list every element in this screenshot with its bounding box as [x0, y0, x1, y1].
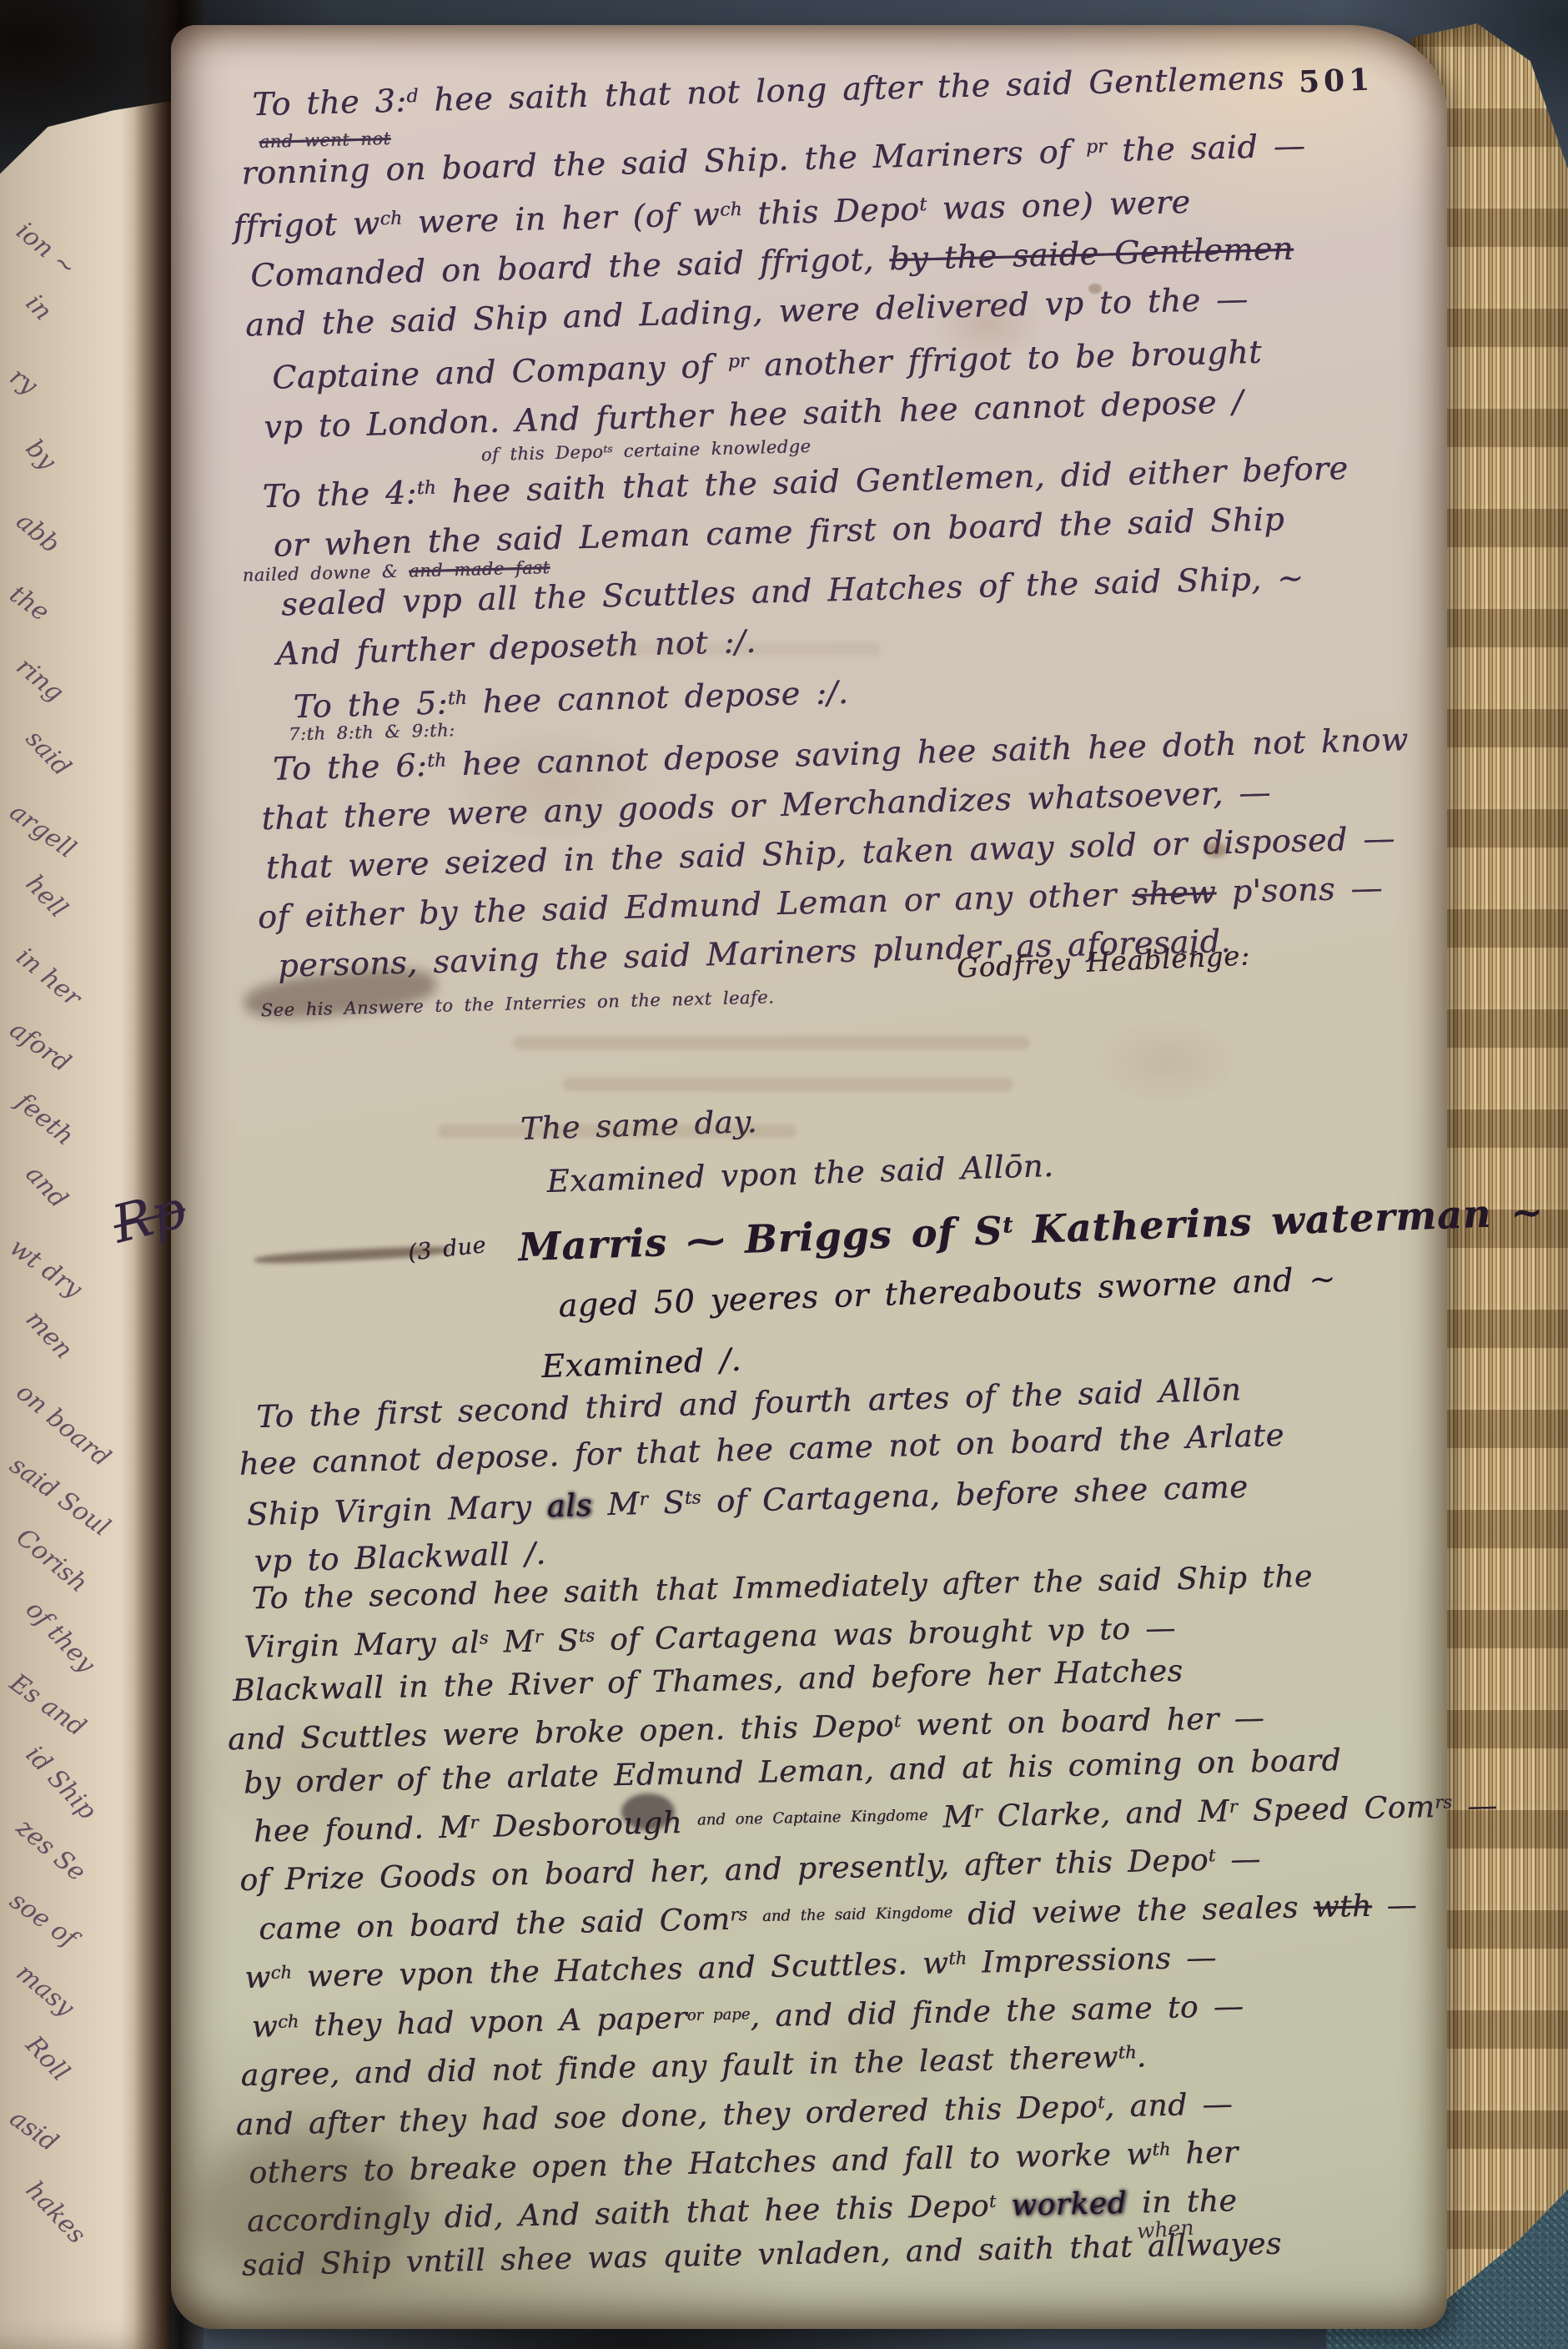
- handwritten-text: w: [244, 1961, 271, 1996]
- superscript-abbreviation: th: [427, 751, 447, 772]
- superscript-abbreviation: ch: [720, 199, 742, 221]
- handwritten-text: they had vpon A paper: [299, 2001, 687, 2044]
- struck-through-text: shew: [1132, 874, 1217, 913]
- interlined-insertion: and the said Kingdome: [762, 1904, 953, 1925]
- superscript-abbreviation: pr: [1086, 137, 1107, 158]
- handwritten-text: .: [1136, 2040, 1147, 2074]
- handwritten-text: the said —: [1106, 127, 1306, 169]
- handwritten-text: of Cartagena, before shee came: [701, 1469, 1249, 1520]
- ink-blotted-word: als: [546, 1487, 593, 1525]
- handwritten-text: came on board the said Com: [259, 1903, 731, 1947]
- handwritten-text: p'sons —: [1216, 869, 1384, 910]
- handwritten-text: Examined vpon the said Allōn.: [546, 1148, 1054, 1200]
- superscript-abbreviation: th: [1152, 2139, 1170, 2159]
- handwritten-text: , and —: [1104, 2087, 1233, 2124]
- answer-second-article-block: To the second hee saith that Immediately…: [224, 1552, 1507, 2287]
- handwritten-text: nailed downe &: [242, 561, 409, 586]
- handwritten-text: Clarke, and M: [982, 1794, 1229, 1833]
- handwritten-text: Captaine and Company of: [272, 348, 729, 396]
- handwritten-text: Desborough: [478, 1806, 697, 1844]
- handwritten-text: —: [1371, 1888, 1417, 1923]
- superscript-abbreviation: rs: [730, 1904, 747, 1924]
- handwritten-text: Virgin Mary al: [244, 1626, 480, 1665]
- ink-showthrough: [513, 1036, 1030, 1049]
- handwritten-text: Katherins waterman ~: [1013, 1189, 1545, 1252]
- handwritten-text: her: [1170, 2135, 1239, 2171]
- deposition-continuation-block: To the 3:d hee saith that not long after…: [229, 45, 1455, 1023]
- handwritten-text: of Cartagena was brought vp to —: [595, 1612, 1177, 1658]
- superscript-abbreviation: th: [447, 688, 467, 710]
- interlined-insertion: or pape: [686, 2005, 750, 2025]
- handwritten-text: S: [542, 1624, 579, 1659]
- handwritten-text: [996, 2189, 1012, 2223]
- struck-through-text: and made fast: [409, 557, 550, 581]
- handwritten-text: of this Depo: [480, 442, 603, 465]
- handwritten-text: To the 3:: [252, 82, 407, 123]
- superscript-abbreviation: r: [973, 1802, 982, 1822]
- superscript-abbreviation: th: [1118, 2042, 1136, 2062]
- handwritten-text: S: [647, 1485, 685, 1522]
- handwritten-text: , and did finde the same to —: [750, 1989, 1244, 2034]
- catchword: when: [1136, 2216, 1194, 2244]
- superscript-abbreviation: ch: [379, 209, 402, 230]
- handwritten-text: M: [927, 1800, 974, 1835]
- handwritten-text: M: [591, 1486, 640, 1523]
- superscript-abbreviation: s: [479, 1627, 488, 1647]
- handwritten-text: —: [1452, 1788, 1498, 1823]
- handwritten-text: another ffrigot to be brought: [748, 334, 1263, 384]
- superscript-abbreviation: th: [948, 1949, 967, 1969]
- handwritten-text: went on board her —: [901, 1702, 1265, 1743]
- handwritten-text: Examined /.: [540, 1341, 741, 1385]
- handwritten-text: Ship Virgin Mary: [246, 1488, 547, 1532]
- superscript-abbreviation: pr: [727, 351, 748, 373]
- deponent-heading-block: Marris ⁓ Briggs of St Katherins waterman…: [517, 1177, 1549, 1397]
- superscript-abbreviation: ch: [270, 1963, 292, 1984]
- handwritten-text: [747, 1902, 763, 1936]
- superscript-abbreviation: r: [1229, 1796, 1237, 1816]
- handwritten-text: was one) were: [927, 184, 1191, 227]
- handwritten-text: ffrigot w: [233, 204, 380, 245]
- handwritten-text: Speed Com: [1237, 1790, 1435, 1828]
- superscript-abbreviation: ts: [685, 1487, 701, 1509]
- struck-through-text: by the saide Gentlemen: [889, 230, 1294, 278]
- handwritten-text: The same day.: [520, 1104, 757, 1147]
- handwritten-text: Impressions —: [967, 1941, 1217, 1980]
- interlined-insertion: and one Captaine Kingdome: [697, 1807, 928, 1829]
- session-heading-block: The same day.Examined vpon the said Allō…: [520, 1086, 1054, 1210]
- superscript-abbreviation: th: [416, 478, 436, 500]
- book-photograph: ion ~inrybyabbtheringsaidargellhellin he…: [0, 0, 1568, 2349]
- struck-through-text: wth: [1313, 1889, 1372, 1924]
- handwritten-text: Marris ⁓ Briggs of S: [518, 1208, 1004, 1270]
- handwritten-text: did veiwe the seales: [952, 1890, 1314, 1932]
- handwritten-text: 7:th 8:th & 9:th:: [289, 720, 455, 744]
- manuscript-page: 501 To the 3:d hee saith that not long a…: [171, 25, 1447, 2329]
- handwritten-text: To the 6:: [273, 747, 428, 787]
- superscript-abbreviation: ts: [579, 1626, 596, 1646]
- struck-through-text: and went not: [259, 128, 390, 152]
- handwritten-text: —: [1215, 1843, 1261, 1878]
- ink-blotted-word: worked: [1011, 2186, 1128, 2223]
- superscript-abbreviation: ts: [603, 443, 613, 455]
- handwritten-text: were in her (of w: [402, 196, 721, 241]
- superscript-abbreviation: rs: [1435, 1792, 1452, 1812]
- answer-first-articles-block: To the first second third and fourth art…: [231, 1366, 1288, 1586]
- handwritten-text: w: [251, 2009, 278, 2045]
- superscript-abbreviation: ch: [278, 2011, 299, 2032]
- superscript-abbreviation: d: [406, 86, 419, 107]
- handwritten-text: this Depo: [741, 190, 920, 232]
- handwritten-text: hee found. M: [254, 1810, 470, 1849]
- handwritten-text: See his Answere to the Interries on the …: [260, 987, 774, 1020]
- handwritten-text: To the 4:: [262, 474, 417, 515]
- handwritten-text: M: [488, 1625, 535, 1660]
- handwritten-text: certaine knowledge: [612, 436, 812, 461]
- margin-note: (3 due: [407, 1232, 488, 1266]
- handwritten-text: And further deposeth not :/.: [276, 623, 757, 672]
